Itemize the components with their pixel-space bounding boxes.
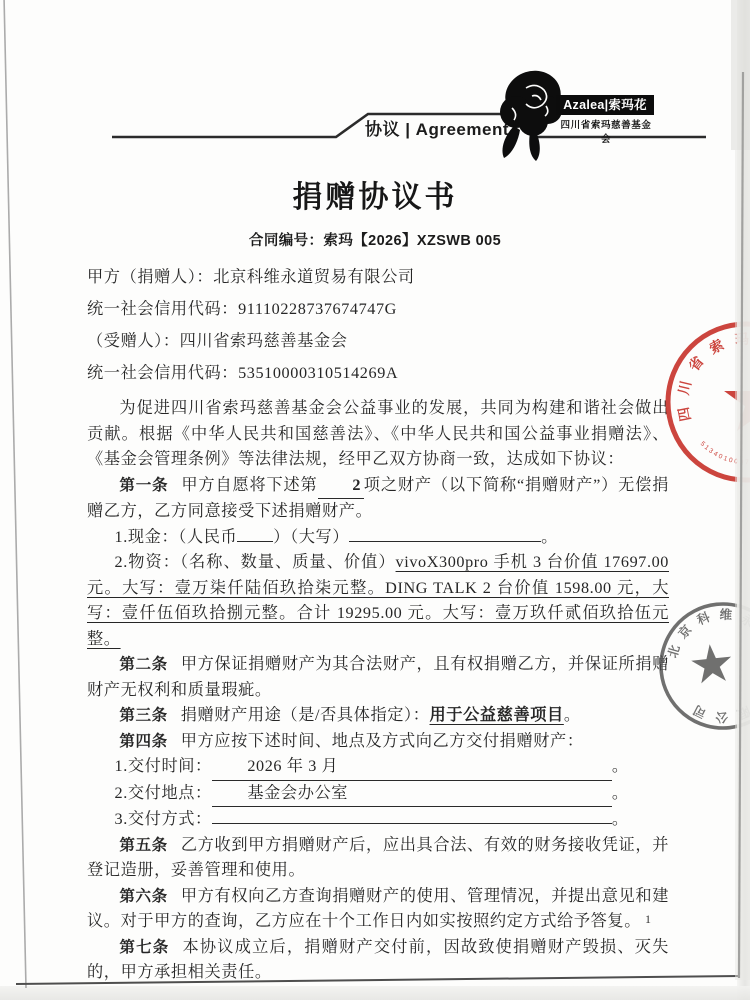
- party-a-label: 甲方（捐赠人）：: [87, 268, 213, 286]
- delivery-time-period: 。: [612, 757, 629, 775]
- goods-item-line: 2.物资：（名称、数量、质量、价值）vivoX300pro 手机 3 台价值 1…: [87, 550, 669, 652]
- clause-6: 第六条甲方有权向乙方查询捐赠财产的使用、管理情况，并提出意见和建议。对于甲方的查…: [87, 884, 669, 935]
- delivery-time-label: 1.交付时间：: [115, 757, 212, 775]
- clause-1: 第一条甲方自愿将下述第2项之财产（以下简称“捐赠财产”）无偿捐赠乙方，乙方同意接…: [87, 473, 669, 525]
- page-number: 1: [638, 912, 658, 927]
- goods-item-label: 2.物资：（名称、数量、质量、价值）: [115, 553, 396, 571]
- party-a-code-line: 统一社会信用代码：91110228737674747G: [87, 293, 669, 325]
- delivery-method-line: 3.交付方式：。: [87, 807, 669, 833]
- scan-bottom-shadow: [0, 986, 750, 1000]
- foundation-logo: Azalea|索玛花 四川省索玛慈善基金会: [496, 64, 676, 164]
- party-b-code-label: 统一社会信用代码：: [87, 364, 238, 382]
- azalea-flower-icon: [496, 66, 570, 164]
- clause-6-number: 第六条: [119, 888, 180, 905]
- clause-2: 第二条甲方保证捐赠财产为其合法财产，且有权捐赠乙方，并保证所捐赠财产无权利和质量…: [87, 652, 669, 703]
- delivery-place-value: 基金会办公室: [212, 781, 612, 808]
- delivery-method-value: [212, 823, 612, 824]
- party-a-code: 91110228737674747G: [238, 300, 397, 318]
- party-b-code: 53510000310514269A: [238, 364, 398, 382]
- party-b-label: （受赠人）：: [87, 332, 180, 350]
- scan-right-shadow: [737, 0, 750, 1000]
- logo-org-name: 四川省索玛慈善基金会: [556, 117, 656, 145]
- clause-3: 第三条捐赠财产用途（是/否具体指定）：用于公益慈善项目。: [87, 703, 669, 729]
- delivery-method-period: 。: [612, 810, 629, 828]
- clause-7-number: 第七条: [119, 939, 182, 956]
- party-a-name: 北京科维永道贸易有限公司: [213, 268, 414, 286]
- cash-words-blank: [349, 525, 541, 542]
- star-icon: [690, 642, 734, 684]
- clause-1-number: 第一条: [119, 477, 181, 494]
- clause-2-number: 第二条: [119, 656, 180, 673]
- party-b-code-line: 统一社会信用代码：53510000310514269A: [87, 357, 669, 389]
- delivery-time-value: 2026 年 3 月: [212, 754, 612, 781]
- delivery-place-line: 2.交付地点：基金会办公室。: [87, 781, 669, 808]
- clause-5-number: 第五条: [119, 837, 180, 854]
- cash-item-period: 。: [541, 528, 558, 546]
- delivery-method-label: 3.交付方式：: [115, 810, 212, 828]
- clause-5: 第五条乙方收到甲方捐赠财产后，应出具合法、有效的财务接收凭证，并登记造册，妥善管…: [87, 833, 669, 884]
- clause-3-period: 。: [564, 706, 581, 724]
- contract-number: 合同编号：索玛【2026】XZSWB 005: [0, 229, 750, 250]
- cash-item-mid: ）（大写）: [273, 528, 349, 546]
- clause-1-blank-value: 2: [318, 473, 364, 500]
- delivery-place-label: 2.交付地点：: [115, 784, 212, 802]
- page-title: 捐赠协议书: [0, 172, 750, 216]
- clause-3-number: 第三条: [119, 707, 180, 724]
- clause-1-pre: 甲方自愿将下述第: [181, 476, 317, 494]
- clause-4-text: 甲方应按下述时间、地点及方式向乙方交付捐赠财产：: [181, 732, 584, 750]
- party-b-line: （受赠人）：四川省索玛慈善基金会: [87, 325, 669, 357]
- clause-3-pre: 捐赠财产用途（是/否具体指定）：: [181, 706, 430, 724]
- clause-4-number: 第四条: [119, 733, 180, 750]
- document-body: 甲方（捐赠人）：北京科维永道贸易有限公司 统一社会信用代码：9111022873…: [87, 261, 669, 986]
- cash-amount-blank: [237, 525, 273, 542]
- clause-3-value: 用于公益慈善项目: [430, 706, 564, 724]
- party-b-name: 四川省索玛慈善基金会: [180, 332, 348, 350]
- preamble: 为促进四川省索玛慈善基金会公益事业的发展，共同为构建和谐社会做出贡献。根据《中华…: [87, 396, 669, 473]
- party-a-code-label: 统一社会信用代码：: [87, 300, 238, 318]
- delivery-time-line: 1.交付时间：2026 年 3 月。: [87, 754, 669, 781]
- cash-item-line: 1.现金：（人民币）（大写）。: [87, 525, 669, 551]
- delivery-place-period: 。: [612, 784, 629, 802]
- clause-4: 第四条甲方应按下述时间、地点及方式向乙方交付捐赠财产：: [87, 729, 669, 755]
- logo-brand-badge: Azalea|索玛花: [556, 95, 654, 115]
- cash-item-pre: 1.现金：（人民币: [115, 528, 238, 546]
- scanned-document-page: 协议 | Agreement Azalea|索玛花 四川省索玛慈善基金会 捐赠协…: [0, 0, 750, 1000]
- clause-7: 第七条本协议成立后，捐赠财产交付前，因故致使捐赠财产毁损、灭失的，甲方承担相关责…: [87, 935, 669, 986]
- party-a-line: 甲方（捐赠人）：北京科维永道贸易有限公司: [87, 261, 669, 293]
